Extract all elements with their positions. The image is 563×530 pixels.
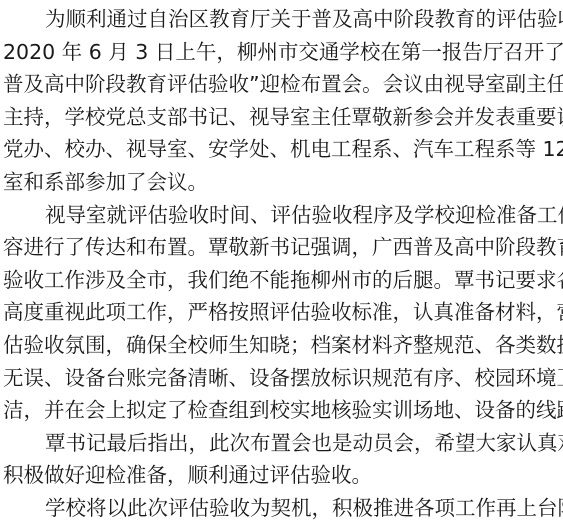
paragraph-3: 覃书记最后指出，此次布置会也是动员会，希望大家认真对待， 积极做好迎检准备，顺利… [3, 427, 563, 492]
text-line: 视导室就评估验收时间、评估验收程序及学校迎检准备工作等内 [3, 199, 563, 232]
text-line: 无误、设备台账完备清晰、设备摆放标识规范有序、校园环境卫生整 [3, 362, 563, 395]
text-line: 估验收氛围，确保全校师生知晓；档案材料齐整规范、各类数据精准 [3, 329, 563, 362]
paragraph-4: 学校将以此次评估验收为契机，积极推进各项工作再上台阶。 [3, 492, 563, 525]
paragraph-2: 视导室就评估验收时间、评估验收程序及学校迎检准备工作等内 容进行了传达和布置。覃… [3, 199, 563, 427]
text-line: 2020 年 6 月 3 日上午，柳州市交通学校在第一报告厅召开了“广西 [3, 36, 563, 69]
text-line: 洁，并在会上拟定了检查组到校实地核验实训场地、设备的线路。 [3, 394, 563, 427]
article-body: 为顺利通过自治区教育厅关于普及高中阶段教育的评估验收， 2020 年 6 月 3… [3, 3, 563, 525]
text-line: 党办、校办、视导室、安学处、机电工程系、汽车工程系等 12 个科 [3, 133, 563, 166]
text-line: 普及高中阶段教育评估验收”迎检布置会。会议由视导室副主任骆芳 [3, 68, 563, 101]
text-line: 室和系部参加了会议。 [3, 166, 563, 199]
text-line: 高度重视此项工作，严格按照评估验收标准，认真准备材料，营造评 [3, 296, 563, 329]
text-line: 为顺利通过自治区教育厅关于普及高中阶段教育的评估验收， [3, 3, 563, 36]
text-line: 主持，学校党总支部书记、视导室主任覃敬新参会并发表重要讲话， [3, 101, 563, 134]
text-line: 学校将以此次评估验收为契机，积极推进各项工作再上台阶。 [3, 492, 563, 525]
text-line: 积极做好迎检准备，顺利通过评估验收。 [3, 459, 563, 492]
text-line: 容进行了传达和布置。覃敬新书记强调，广西普及高中阶段教育评估 [3, 231, 563, 264]
paragraph-1: 为顺利通过自治区教育厅关于普及高中阶段教育的评估验收， 2020 年 6 月 3… [3, 3, 563, 199]
text-line: 覃书记最后指出，此次布置会也是动员会，希望大家认真对待， [3, 427, 563, 460]
text-line: 验收工作涉及全市，我们绝不能拖柳州市的后腿。覃书记要求各部门 [3, 264, 563, 297]
